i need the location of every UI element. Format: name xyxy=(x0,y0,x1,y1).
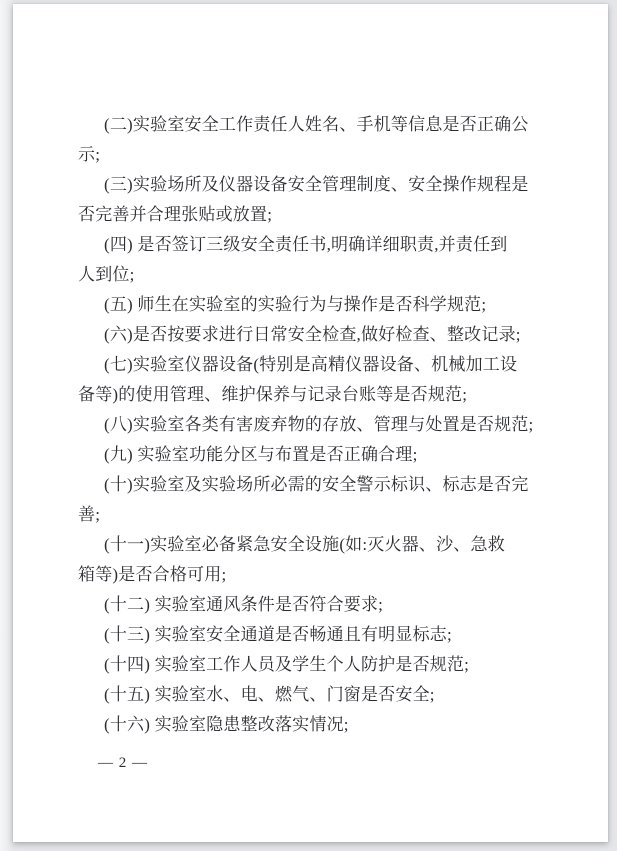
paragraph-十四-line: (十四) 实验室工作人员及学生个人防护是否规范; xyxy=(78,650,550,680)
page-number: — 2 — xyxy=(78,748,550,778)
paragraph-二-line: (二)实验室安全工作责任人姓名、手机等信息是否正确公 xyxy=(78,110,550,140)
paragraph-十二-line: (十二) 实验室通风条件是否符合要求; xyxy=(78,590,550,620)
paragraph-三-line: (三)实验场所及仪器设备安全管理制度、安全操作规程是 xyxy=(78,170,550,200)
paragraph-十一-line: (十一)实验室必备紧急安全设施(如:灭火器、沙、急救 xyxy=(78,530,550,560)
document-page: (二)实验室安全工作责任人姓名、手机等信息是否正确公示;(三)实验场所及仪器设备… xyxy=(13,4,608,842)
paragraph-十-line: (十)实验室及实验场所必需的安全警示标识、标志是否完 xyxy=(78,470,550,500)
paragraph-三-line: 否完善并合理张贴或放置; xyxy=(78,200,550,230)
paragraph-二-line: 示; xyxy=(78,140,550,170)
paragraph-十一-line: 箱等)是否合格可用; xyxy=(78,560,550,590)
document-viewer-background: (二)实验室安全工作责任人姓名、手机等信息是否正确公示;(三)实验场所及仪器设备… xyxy=(0,0,617,851)
paragraph-七-line: 备等)的使用管理、维护保养与记录台账等是否规范; xyxy=(78,380,550,410)
paragraph-七-line: (七)实验室仪器设备(特别是高精仪器设备、机械加工设 xyxy=(78,350,550,380)
paragraph-五-line: (五) 师生在实验室的实验行为与操作是否科学规范; xyxy=(78,290,550,320)
paragraph-四-line: 人到位; xyxy=(78,260,550,290)
paragraph-十三-line: (十三) 实验室安全通道是否畅通且有明显标志; xyxy=(78,620,550,650)
document-body: (二)实验室安全工作责任人姓名、手机等信息是否正确公示;(三)实验场所及仪器设备… xyxy=(78,110,550,778)
paragraph-九-line: (九) 实验室功能分区与布置是否正确合理; xyxy=(78,440,550,470)
paragraph-六-line: (六)是否按要求进行日常安全检查,做好检查、整改记录; xyxy=(78,320,550,350)
paragraph-四-line: (四) 是否签订三级安全责任书,明确详细职责,并责任到 xyxy=(78,230,550,260)
paragraph-十-line: 善; xyxy=(78,500,550,530)
paragraph-十六-line: (十六) 实验室隐患整改落实情况; xyxy=(78,710,550,740)
paragraph-八-line: (八)实验室各类有害废弃物的存放、管理与处置是否规范; xyxy=(78,410,550,440)
paragraph-十五-line: (十五) 实验室水、电、燃气、门窗是否安全; xyxy=(78,680,550,710)
